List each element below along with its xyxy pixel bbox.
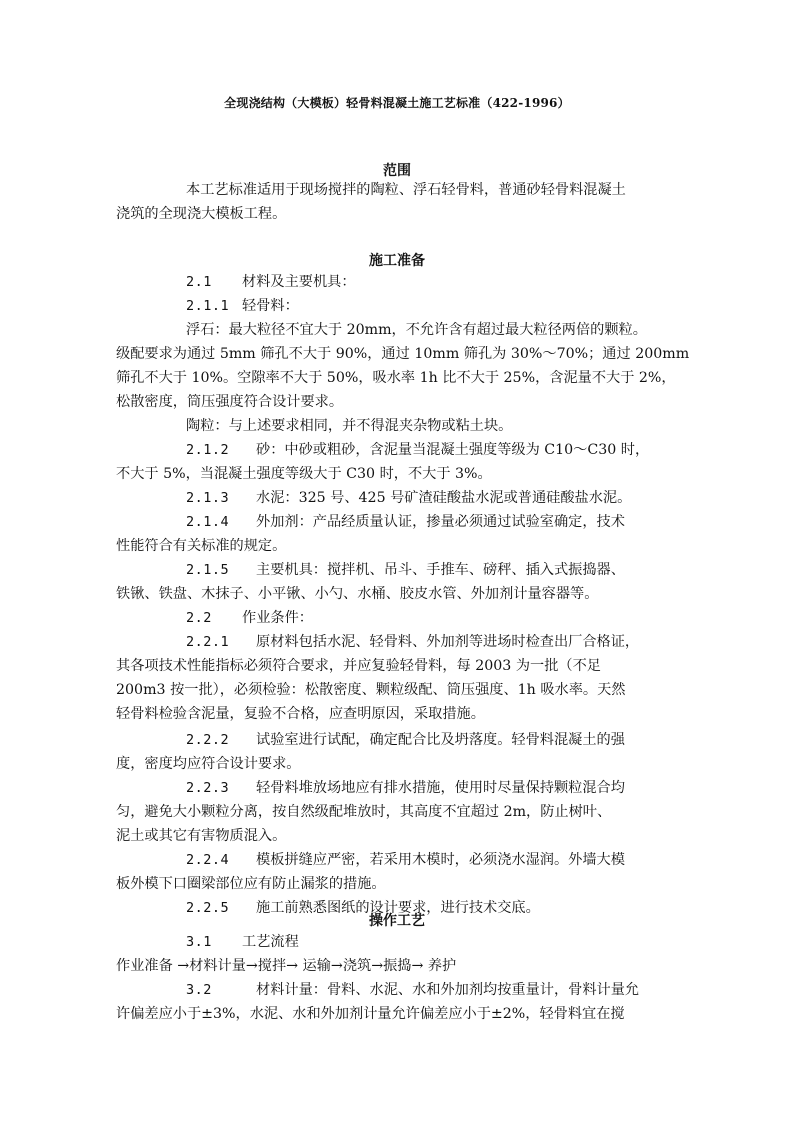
clause-text: 工艺流程 [242, 934, 299, 950]
paragraph-line: 泥土或其它有害物质混入。 [116, 826, 286, 846]
clause-number: 3.2 [186, 980, 256, 1000]
clause-text: 砂：中砂或粗砂，含泥量当混凝土强度等级为 C10～C30 时， [256, 442, 649, 458]
process-flow: 作业准备 →材料计量→搅拌→ 运输→浇筑→振捣→ 养护 [116, 956, 456, 976]
clause-text: 模板拼缝应严密，若采用木模时，必须浇水湿润。外墙大模 [256, 852, 625, 868]
clause-number: 2.2.3 [186, 778, 256, 798]
clause-number: 2.2.2 [186, 730, 256, 750]
paragraph-line: 本工艺标准适用于现场搅拌的陶粒、浮石轻骨料，普通砂轻骨料混凝土 [186, 180, 626, 200]
clause-number: 2.1.5 [186, 560, 256, 580]
clause-2-2-1: 2.2.1原材料包括水泥、轻骨料、外加剂等进场时检查出厂合格证， [186, 632, 639, 652]
paragraph-line: 浇筑的全现浇大模板工程。 [116, 204, 286, 224]
clause-text: 材料计量：骨料、水泥、水和外加剂均按重量计，骨料计量允 [256, 982, 639, 998]
section-heading-preparation: 施工准备 [0, 250, 794, 270]
clause-2-1-5: 2.1.5主要机具：搅拌机、吊斗、手推车、磅秤、插入式振捣器、 [186, 560, 625, 580]
clause-text: 原材料包括水泥、轻骨料、外加剂等进场时检查出厂合格证， [256, 634, 639, 650]
clause-2-2-4: 2.2.4模板拼缝应严密，若采用木模时，必须浇水湿润。外墙大模 [186, 850, 625, 870]
section-heading-scope: 范围 [0, 160, 794, 180]
document-title: 全现浇结构（大模板）轻骨料混凝土施工艺标准（422-1996） [0, 94, 794, 111]
clause-2-1-2: 2.1.2砂：中砂或粗砂，含泥量当混凝土强度等级为 C10～C30 时， [186, 440, 649, 460]
paragraph-line: 许偏差应小于±3%，水泥、水和外加剂计量允许偏差应小于±2%，轻骨料宜在搅 [116, 1004, 625, 1024]
clause-3-2: 3.2材料计量：骨料、水泥、水和外加剂均按重量计，骨料计量允 [186, 980, 639, 1000]
clause-number: 2.1 [186, 272, 242, 292]
clause-text: 主要机具：搅拌机、吊斗、手推车、磅秤、插入式振捣器、 [256, 562, 625, 578]
paragraph-line: 陶粒：与上述要求相同，并不得混夹杂物或粘土块。 [186, 416, 512, 436]
clause-2-2: 2.2作业条件： [186, 608, 313, 628]
clause-text: 轻骨料： [242, 298, 299, 314]
clause-text: 材料及主要机具： [242, 274, 356, 290]
clause-number: 2.2 [186, 608, 242, 628]
clause-text: 作业条件： [242, 610, 313, 626]
paragraph-line: 筛孔不大于 10%。空隙率不大于 50%，吸水率 1h 比不大于 25%，含泥量… [116, 368, 676, 388]
clause-number: 2.1.1 [186, 296, 242, 316]
clause-number: 2.1.2 [186, 440, 256, 460]
paragraph-line: 级配要求为通过 5mm 筛孔不大于 90%，通过 10mm 筛孔为 30%～70… [116, 344, 689, 364]
clause-number: 2.2.1 [186, 632, 256, 652]
clause-2-2-3: 2.2.3轻骨料堆放场地应有排水措施，使用时尽量保持颗粒混合均 [186, 778, 625, 798]
clause-2-1-3: 2.1.3水泥：325 号、425 号矿渣硅酸盐水泥或普通硅酸盐水泥。 [186, 488, 631, 508]
clause-number: 2.1.4 [186, 512, 256, 532]
clause-2-2-2: 2.2.2试验室进行试配，确定配合比及坍落度。轻骨料混凝土的强 [186, 730, 625, 750]
clause-number: 2.1.3 [186, 488, 256, 508]
paragraph-line: 板外模下口圈梁部位应有防止漏浆的措施。 [116, 874, 386, 894]
clause-text: 外加剂：产品经质量认证，掺量必须通过试验室确定，技术 [256, 514, 625, 530]
clause-number: 2.2.4 [186, 850, 256, 870]
clause-2-1-1: 2.1.1轻骨料： [186, 296, 299, 316]
paragraph-line: 度，密度均应符合设计要求。 [116, 754, 300, 774]
document-page: 全现浇结构（大模板）轻骨料混凝土施工艺标准（422-1996） 范围 本工艺标准… [0, 0, 794, 1123]
section-heading-operation: 操作工艺 [0, 910, 794, 930]
clause-text: 试验室进行试配，确定配合比及坍落度。轻骨料混凝土的强 [256, 732, 625, 748]
clause-3-1: 3.1工艺流程 [186, 932, 299, 952]
paragraph-line: 松散密度，筒压强度符合设计要求。 [116, 392, 343, 412]
paragraph-line: 其各项技术性能指标必须符合要求，并应复验轻骨料，每 2003 为一批（不足 [116, 656, 601, 676]
paragraph-line: 轻骨料检验含泥量，复验不合格，应查明原因，采取措施。 [116, 704, 485, 724]
clause-2-1-4: 2.1.4外加剂：产品经质量认证，掺量必须通过试验室确定，技术 [186, 512, 625, 532]
paragraph-line: 匀，避免大小颗粒分离，按自然级配堆放时，其高度不宜超过 2m，防止树叶、 [116, 802, 611, 822]
clause-number: 3.1 [186, 932, 242, 952]
paragraph-line: 不大于 5%，当混凝土强度等级大于 C30 时，不大于 3%。 [116, 464, 492, 484]
clause-text: 轻骨料堆放场地应有排水措施，使用时尽量保持颗粒混合均 [256, 780, 625, 796]
clause-2-1: 2.1材料及主要机具： [186, 272, 356, 292]
paragraph-line: 200m3 按一批），必须检验：松散密度、颗粒级配、筒压强度、1h 吸水率。天然 [116, 680, 625, 700]
paragraph-line: 性能符合有关标准的规定。 [116, 536, 286, 556]
paragraph-line: 浮石：最大粒径不宜大于 20mm，不允许含有超过最大粒径两倍的颗粒。 [186, 320, 647, 340]
clause-text: 水泥：325 号、425 号矿渣硅酸盐水泥或普通硅酸盐水泥。 [256, 490, 631, 506]
paragraph-line: 铁锹、铁盘、木抹子、小平锹、小勺、水桶、胶皮水管、外加剂计量容器等。 [116, 584, 598, 604]
